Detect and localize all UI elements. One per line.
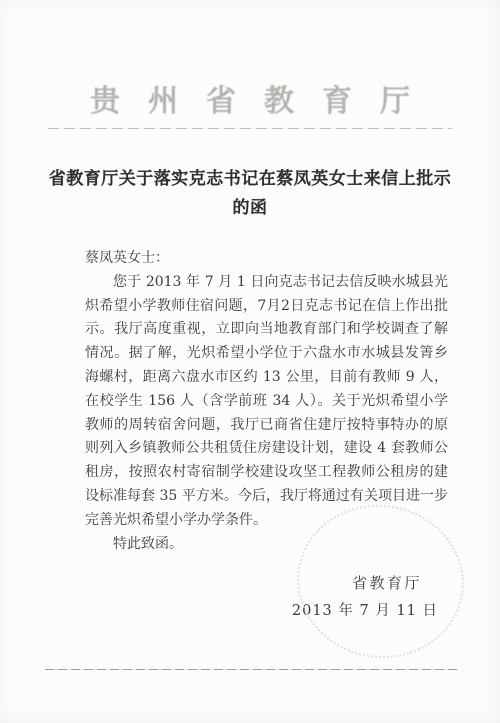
footer-divider-line	[45, 669, 457, 670]
signature-date: 2013 年 7 月 11 日	[0, 599, 500, 620]
letterhead-divider-line	[48, 128, 452, 129]
letter-body: 蔡凤英女士： 您于 2013 年 7 月 1 日向克志书记去信反映水城县光炽希望…	[85, 247, 448, 556]
signature-agency: 省教育厅	[0, 572, 500, 593]
document-title-line1: 省教育厅关于落实克志书记在蔡凤英女士来信上批示	[40, 165, 460, 194]
body-paragraph-main: 您于 2013 年 7 月 1 日向克志书记去信反映水城县光炽希望小学教师住宿问…	[85, 271, 448, 533]
document-title-line2: 的函	[40, 194, 460, 223]
letterhead-agency-name: 贵州省教育厅	[0, 86, 500, 118]
salutation: 蔡凤英女士：	[85, 247, 448, 271]
body-paragraph-closing: 特此致函。	[85, 533, 448, 557]
scanned-letter-page: 贵州省教育厅 省教育厅关于落实克志书记在蔡凤英女士来信上批示 的函 蔡凤英女士：…	[0, 0, 500, 723]
document-title: 省教育厅关于落实克志书记在蔡凤英女士来信上批示 的函	[40, 165, 460, 223]
